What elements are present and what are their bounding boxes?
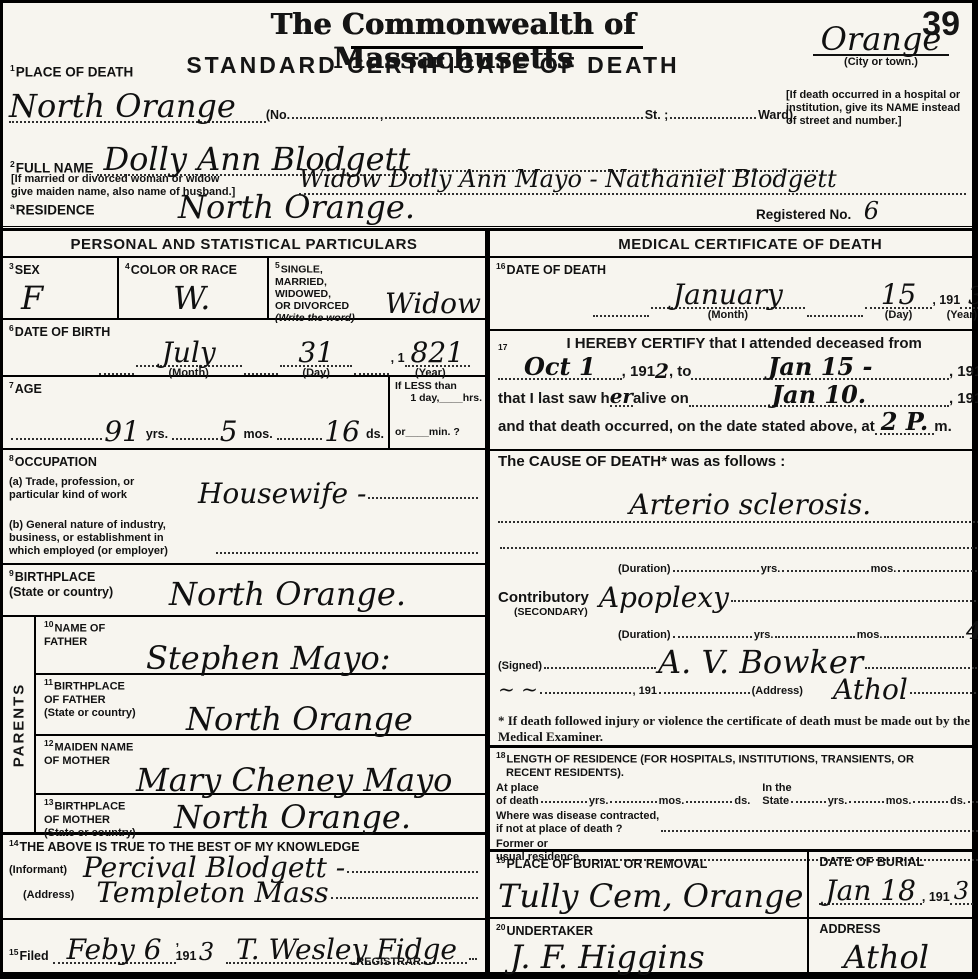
registrar-signature: T. Wesley Fidge	[226, 937, 467, 964]
ward-label: Ward)	[758, 108, 793, 123]
occupation-number: 8	[9, 453, 14, 463]
cause-yrs-cap: yrs.	[761, 563, 781, 576]
dob-label-text: DATE OF BIRTH	[15, 325, 111, 339]
full-name-number: 2	[10, 159, 15, 169]
certify-block: 17 I HEREBY CERTIFY that I attended dece…	[490, 331, 978, 451]
last-seen-value: Jan 10.	[689, 384, 949, 408]
mother-name-number: 12	[44, 738, 53, 748]
age-main: 7AGE 91 yrs. 5 mos. 16 ds.	[3, 377, 388, 448]
burial-row: 19PLACE OF BURIAL OR REMOVAL Tully Cem, …	[490, 852, 978, 919]
registrar-caption: REGISTRAR	[356, 956, 421, 968]
dotted-line	[244, 373, 279, 375]
dod-day-caption: (Day)	[865, 309, 933, 321]
informant-address-line: (Address) Templeton Mass	[9, 880, 480, 902]
signed-address-caption: (Address)	[752, 685, 803, 698]
dotted-line	[11, 438, 102, 440]
dotted-line	[99, 373, 134, 375]
sex-label-text: SEX	[15, 263, 40, 277]
filed-year-printed: , 191	[176, 934, 199, 964]
last-saw-mid: alive on	[633, 390, 689, 407]
birthplace-label-text: BIRTHPLACE	[15, 570, 96, 584]
in-state-label2: State	[762, 795, 789, 807]
certificate-subtitle: STANDARD CERTIFICATE OF DEATH	[153, 52, 713, 79]
marital-cell: 5SINGLE, MARRIED, WIDOWED, OR DIVORCED (…	[269, 258, 485, 318]
certify-number: 17	[498, 342, 507, 352]
personal-column: PERSONAL AND STATISTICAL PARTICULARS 3SE…	[3, 231, 487, 972]
dotted-line	[216, 552, 478, 554]
informant-address-value: Templeton Mass	[96, 880, 328, 905]
date-of-birth-row: 6DATE OF BIRTH July (Month) 31 (Day) , 1…	[3, 320, 485, 377]
city-handwritten-value: Orange	[813, 25, 950, 56]
undertaker-label: 20UNDERTAKER	[496, 922, 803, 939]
dotted-line	[292, 117, 378, 119]
dotted-line	[659, 692, 750, 694]
dotted-line	[540, 692, 631, 694]
mother-name-value: Mary Cheney Mayo	[136, 766, 452, 795]
in-state-group: In the State yrs. mos. ds.	[762, 782, 978, 807]
age-fields: 91 yrs. 5 mos. 16 ds.	[9, 419, 386, 444]
date-of-burial-cell: DATE OF BURIAL Jan 18 , 191 3	[807, 852, 978, 917]
dob-month-field: July (Month)	[136, 340, 242, 379]
dotted-line	[807, 315, 863, 317]
mother-bp-label-line1: 13BIRTHPLACE	[44, 797, 136, 814]
dotted-line	[500, 547, 978, 549]
sex-label: 3SEX	[9, 261, 113, 278]
undertaker-address-label: ADDRESS	[819, 922, 978, 937]
dash-marks: ~ ~	[498, 680, 538, 698]
parents-side-label: PARENTS	[3, 617, 36, 832]
registered-no-value: 6	[864, 197, 879, 225]
street-label: St. ;	[645, 108, 669, 123]
dod-month-field: January (Month)	[651, 282, 805, 321]
city-or-town-field: Orange (City or town.)	[796, 25, 966, 69]
burial-year-hw: 3	[950, 881, 973, 905]
mother-birthplace-value: North Orange.	[174, 803, 481, 832]
race-value: W.	[173, 284, 263, 313]
mother-bp-label-l2: OF MOTHER	[44, 814, 136, 827]
death-occurred-text: and that death occurred, on the date sta…	[498, 418, 875, 435]
dod-year-caption: (Year)	[932, 309, 978, 321]
dotted-line	[331, 897, 478, 899]
certify-line4: and that death occurred, on the date sta…	[498, 411, 978, 435]
sex-race-marital-row: 3SEX F 4COLOR OR RACE W. 5SINGLE, MARRIE…	[3, 258, 485, 320]
signed-line: (Signed) A. V. Bowker M.D.	[498, 648, 978, 673]
seen-year-printed: , 191	[949, 390, 978, 407]
dotted-line	[172, 438, 218, 440]
dod-year-hw: 3	[960, 286, 978, 310]
dod-day-field: 15 (Day)	[865, 282, 933, 321]
father-name-label-l1: NAME OF	[54, 623, 105, 635]
contrib-mos-cap: mos.	[857, 629, 883, 642]
place-of-death-number: 1	[10, 63, 15, 73]
length-title-l1: LENGTH OF RESIDENCE (FOR HOSPITALS, INST…	[506, 753, 913, 765]
undertaker-address-value: Athol	[843, 943, 978, 972]
dotted-line	[910, 692, 978, 694]
mother-name-label-l1: MAIDEN NAME	[54, 742, 133, 754]
certificate-body: PERSONAL AND STATISTICAL PARTICULARS 3SE…	[3, 228, 972, 972]
undertaker-value: J. F. Higgins	[510, 943, 803, 972]
certify-line3: that I last saw h er alive on Jan 10. , …	[498, 384, 978, 408]
medical-section-title: MEDICAL CERTIFICATE OF DEATH	[490, 231, 978, 258]
certify-line1: 17 I HEREBY CERTIFY that I attended dece…	[498, 335, 978, 352]
length-title: 18LENGTH OF RESIDENCE (FOR HOSPITALS, IN…	[496, 750, 978, 780]
father-bp-number: 11	[44, 677, 53, 687]
dotted-line	[610, 801, 656, 803]
length-title-l2: RECENT RESIDENTS).	[506, 767, 978, 780]
marital-value: Widow	[385, 291, 481, 316]
dod-year-field: , 1913 (Year)	[932, 286, 978, 322]
at-place-label2: of death	[496, 795, 539, 807]
age-row: 7AGE 91 yrs. 5 mos. 16 ds. If LESS than	[3, 377, 485, 450]
certify-line2: Oct 1 , 191 2 , to Jan 15 - , 191 3 ,	[498, 356, 978, 380]
length-number: 18	[496, 750, 505, 760]
dob-fields: July (Month) 31 (Day) , 1821 (Year)	[97, 340, 470, 379]
dob-month-value: July	[136, 340, 242, 367]
cause-label-bold: CAUSE OF DEATH*	[529, 453, 667, 470]
certificate-header: The Commonwealth of Massachusetts 39 STA…	[3, 3, 972, 227]
burial-date-label: DATE OF BURIAL	[819, 855, 978, 870]
contributory-label: Contributory	[498, 589, 589, 606]
age-months-cap: mos.	[244, 427, 273, 442]
occupation-a-label-line1: (a) Trade, profession, or	[9, 476, 184, 489]
dotted-line	[884, 636, 963, 638]
contracted-l1: Where was disease contracted,	[496, 810, 659, 822]
dob-label: 6DATE OF BIRTH	[9, 323, 480, 340]
residence-label: aRESIDENCE	[10, 201, 95, 218]
age-label-text: AGE	[15, 382, 42, 396]
parents-label-text: PARENTS	[10, 682, 27, 767]
sex-number: 3	[9, 261, 14, 271]
undertaker-row: 20UNDERTAKER J. F. Higgins ADDRESS Athol	[490, 919, 978, 972]
marital-number: 5	[275, 260, 280, 270]
contracted-l2: if not at place of death ?	[496, 823, 623, 835]
medical-column: MEDICAL CERTIFICATE OF DEATH 16DATE OF D…	[487, 231, 978, 972]
race-label: 4COLOR OR RACE	[125, 261, 263, 278]
dod-fields: January (Month) 15 (Day) , 1913 (Year)	[591, 282, 978, 321]
dotted-line	[913, 801, 948, 803]
occupation-b-line: (b) General nature of industry, business…	[9, 519, 480, 559]
dotted-line	[368, 497, 478, 499]
dod-year-line: , 1913	[932, 291, 978, 308]
marital-line4: OR DIVORCED	[275, 300, 383, 312]
father-birthplace-row: 11BIRTHPLACE OF FATHER (State or country…	[36, 675, 485, 736]
mother-birthplace-row: 13BIRTHPLACE OF MOTHER (State or country…	[36, 795, 485, 840]
age-less-line3: or____min. ?	[395, 426, 482, 438]
ap-ds: ds.	[734, 795, 750, 807]
age-label: 7AGE	[9, 380, 386, 397]
place-of-death-value: North Orange	[9, 92, 266, 123]
residence-sup: a	[10, 201, 15, 211]
age-less-line2: 1 day,____hrs.	[395, 392, 482, 404]
dotted-line	[385, 117, 642, 119]
age-days-cap: ds.	[366, 427, 384, 442]
to-label: , to	[669, 363, 692, 380]
occupation-b-label: (b) General nature of industry, business…	[9, 519, 214, 559]
burial-year-printed: , 191	[922, 890, 950, 905]
contributory-line: Contributory Apoplexy	[498, 585, 978, 606]
is-yrs: yrs.	[828, 795, 848, 807]
dod-label-text: DATE OF DEATH	[506, 263, 606, 277]
certify-line1-text: I HEREBY CERTIFY that I attended decease…	[566, 335, 921, 352]
birthplace-number: 9	[9, 568, 14, 578]
father-name-label-line1: 10NAME OF	[44, 619, 481, 636]
registered-no-label: Registered No.	[756, 207, 851, 222]
age-less-than-box: If LESS than 1 day,____hrs. or____min. ?	[388, 377, 485, 448]
occupation-label: 8OCCUPATION	[9, 453, 480, 470]
parents-block: PARENTS 10NAME OF FATHER Stephen Mayo: 1…	[3, 617, 485, 835]
occupation-a-value: Housewife -	[198, 481, 366, 506]
race-cell: 4COLOR OR RACE W.	[119, 258, 269, 318]
occupation-a-line: (a) Trade, profession, or particular kin…	[9, 476, 480, 502]
burial-date-line: Jan 18 , 191 3	[819, 878, 978, 905]
cause-duration-cap: (Duration)	[618, 563, 671, 576]
at-place-group: At place of death yrs. mos. ds.	[496, 782, 750, 807]
marital-label: 5SINGLE, MARRIED, WIDOWED, OR DIVORCED (…	[275, 261, 383, 318]
cause-of-death-block: The CAUSE OF DEATH* was as follows : Art…	[490, 451, 978, 585]
dotted-line	[865, 667, 977, 669]
dotted-line	[791, 801, 826, 803]
burial-value: Tully Cem, Orange	[498, 882, 803, 911]
contributory-block: Contributory Apoplexy (SECONDARY) (Durat…	[490, 585, 978, 648]
cause-blank-line	[498, 547, 978, 553]
dob-year-line: , 1821	[391, 349, 470, 366]
age-years-value: 91	[104, 419, 140, 444]
signed-caption: (Signed)	[498, 660, 542, 673]
length-fields-row: At place of death yrs. mos. ds. In the	[496, 782, 978, 807]
is-ds: ds.	[950, 795, 966, 807]
dod-year-printed: , 191	[932, 293, 960, 307]
dotted-line	[670, 117, 756, 119]
undertaker-number: 20	[496, 922, 505, 932]
contracted-label: Where was disease contracted,if not at p…	[496, 810, 659, 836]
filed-year-hw: 3	[199, 942, 214, 964]
dod-label: 16DATE OF DEATH	[496, 261, 978, 278]
father-bp-label-l1: BIRTHPLACE	[54, 681, 125, 693]
birthplace-value: North Orange.	[169, 580, 480, 609]
occupation-b-label-line3: which employed (or employer)	[9, 545, 214, 558]
from-year-printed: , 191	[622, 363, 655, 380]
father-name-row: 10NAME OF FATHER Stephen Mayo:	[36, 617, 485, 675]
signed-year-printed: , 191	[633, 685, 657, 698]
race-label-text: COLOR OR RACE	[131, 263, 237, 277]
dod-day-value: 15	[865, 282, 933, 309]
physician-address-value: Athol	[833, 677, 908, 702]
dotted-line	[775, 636, 854, 638]
undertaker-address-cell: ADDRESS Athol	[807, 919, 978, 972]
contributory-duration-line: (Duration) yrs. mos. 4 ds.	[618, 620, 978, 642]
informant-line: (Informant) Percival Blodgett -	[9, 855, 480, 877]
dob-year-value: 821	[405, 340, 470, 367]
is-mos: mos.	[886, 795, 912, 807]
dotted-line	[898, 570, 978, 572]
cause-value-line: Arterio sclerosis.	[498, 492, 978, 523]
father-name-number: 10	[44, 619, 53, 629]
length-title-line1: 18LENGTH OF RESIDENCE (FOR HOSPITALS, IN…	[496, 750, 978, 767]
at-place-label1: At place	[496, 782, 750, 795]
sex-value: F	[21, 284, 113, 313]
ap-yrs: yrs.	[589, 795, 609, 807]
attended-from-value: Oct 1	[498, 356, 622, 380]
filed-date-value: Feby 6	[53, 937, 176, 964]
title-rule	[351, 46, 643, 49]
informant-address-caption: (Address)	[23, 889, 74, 902]
dob-year-prefix: , 1	[391, 351, 405, 365]
burial-number: 19	[496, 855, 505, 865]
birthplace-label-line1: 9BIRTHPLACE	[9, 568, 113, 585]
age-days-value: 16	[324, 419, 360, 444]
dotted-line	[686, 801, 732, 803]
parents-rows: 10NAME OF FATHER Stephen Mayo: 11BIRTHPL…	[36, 617, 485, 832]
dob-day-field: 31 (Day)	[280, 340, 352, 379]
marital-line1: SINGLE,	[281, 264, 323, 276]
dod-month-value: January	[651, 282, 805, 309]
time-of-death-value: 2 P.	[875, 411, 934, 435]
mother-bp-number: 13	[44, 797, 53, 807]
sex-cell: 3SEX F	[3, 258, 119, 318]
residence-label-text: RESIDENCE	[16, 203, 95, 218]
cause-label-post: was as follows :	[667, 453, 785, 470]
her-handwritten: er	[610, 387, 633, 407]
registered-no: Registered No. 6	[756, 201, 879, 224]
birthplace-label-line2: (State or country)	[9, 585, 113, 600]
contrib-days-value: 4	[966, 620, 978, 642]
mother-name-label-line1: 12MAIDEN NAME	[44, 738, 481, 755]
dotted-line	[541, 801, 587, 803]
informant-block: 14THE ABOVE IS TRUE TO THE BEST OF MY KN…	[3, 835, 485, 920]
ap-mos: mos.	[659, 795, 685, 807]
signed-block: (Signed) A. V. Bowker M.D. ~ ~ , 191 (Ad…	[490, 648, 978, 710]
marital-line2: MARRIED,	[275, 276, 383, 288]
last-saw-pre: that I last saw h	[498, 390, 610, 407]
marital-label-line1: 5SINGLE,	[275, 261, 383, 276]
occupation-row: 8OCCUPATION (a) Trade, profession, or pa…	[3, 450, 485, 565]
mother-bp-label-l1: BIRTHPLACE	[54, 801, 125, 813]
dotted-line	[968, 801, 978, 803]
dotted-line	[782, 570, 868, 572]
dob-year-field: , 1821 (Year)	[391, 340, 470, 379]
in-state-line: State yrs. mos. ds.	[762, 795, 978, 807]
birthplace-label: 9BIRTHPLACE (State or country)	[9, 568, 113, 600]
place-of-burial-cell: 19PLACE OF BURIAL OR REMOVAL Tully Cem, …	[490, 852, 807, 917]
occupation-b-label-line2: business, or establishment in	[9, 532, 214, 545]
hospital-note: [If death occurred in a hospital or inst…	[786, 89, 968, 129]
filed-number: 15	[9, 947, 18, 957]
occupation-b-label-line1: (b) General nature of industry,	[9, 519, 214, 532]
former-l1: Former or	[496, 838, 548, 850]
cause-label-pre: The	[498, 453, 529, 470]
dotted-line	[673, 636, 752, 638]
personal-section-title: PERSONAL AND STATISTICAL PARTICULARS	[3, 231, 485, 258]
filed-row: 15Filed Feby 6 , 191 3 T. Wesley Fidge R…	[3, 920, 485, 972]
length-of-residence-block: 18LENGTH OF RESIDENCE (FOR HOSPITALS, IN…	[490, 748, 978, 852]
certify-bold: I HEREBY CERTIFY	[566, 335, 705, 352]
comma-label: ,	[380, 108, 383, 123]
cause-mos-cap: mos.	[871, 563, 897, 576]
filed-label-text: Filed	[19, 949, 48, 963]
dob-day-value: 31	[280, 340, 352, 367]
cause-duration-line: (Duration) yrs. mos. ds.	[618, 563, 978, 576]
contributory-value: Apoplexy	[599, 585, 729, 610]
burial-label-text: PLACE OF BURIAL OR REMOVAL	[506, 857, 707, 871]
to-year-printed: , 191	[949, 363, 978, 380]
dod-number: 16	[496, 261, 505, 271]
marital-line3: WIDOWED,	[275, 288, 383, 300]
occupation-a-label-line2: particular kind of work	[9, 489, 184, 502]
certificate-border: The Commonwealth of Massachusetts 39 STA…	[0, 0, 978, 979]
dotted-line	[469, 958, 477, 960]
father-bp-label-line1: 11BIRTHPLACE	[44, 677, 481, 694]
father-birthplace-value: North Orange	[186, 705, 413, 734]
age-less-line1: If LESS than	[395, 380, 482, 392]
from-year-hw: 2	[655, 362, 669, 380]
age-years-cap: yrs.	[146, 427, 168, 442]
dotted-line	[347, 871, 478, 873]
birthplace-row: 9BIRTHPLACE (State or country) North Ora…	[3, 565, 485, 617]
undertaker-cell: 20UNDERTAKER J. F. Higgins	[490, 919, 807, 972]
father-name-value: Stephen Mayo:	[146, 644, 391, 673]
age-number: 7	[9, 380, 14, 390]
attended-to-value: Jan 15 -	[691, 356, 948, 380]
dotted-line	[277, 438, 323, 440]
informant-number: 14	[9, 838, 18, 848]
race-number: 4	[125, 261, 130, 271]
mother-birthplace-label: 13BIRTHPLACE OF MOTHER (State or country…	[44, 797, 136, 840]
dotted-line	[593, 315, 649, 317]
undertaker-label-text: UNDERTAKER	[506, 924, 593, 938]
mother-name-row: 12MAIDEN NAME OF MOTHER Mary Cheney Mayo	[36, 736, 485, 795]
residence-value: North Orange.	[178, 193, 415, 222]
in-state-label1: In the	[762, 782, 978, 795]
dotted-line	[544, 667, 656, 669]
m-label: m.	[934, 418, 952, 435]
contrib-duration-cap: (Duration)	[618, 629, 671, 642]
cause-label: The CAUSE OF DEATH* was as follows :	[498, 453, 978, 470]
medical-examiner-note: * If death followed injury or violence t…	[490, 711, 978, 748]
certify-rest: that I attended deceased from	[705, 335, 922, 352]
death-certificate-scan: The Commonwealth of Massachusetts 39 STA…	[0, 0, 978, 979]
contrib-yrs-cap: yrs.	[754, 629, 774, 642]
dotted-line	[731, 600, 978, 602]
cause-value: Arterio sclerosis.	[498, 492, 978, 523]
occupation-a-label: (a) Trade, profession, or particular kin…	[9, 476, 184, 502]
dotted-line	[673, 570, 759, 572]
maiden-name-note-line1: [If married or divorced woman or widow	[11, 173, 301, 186]
burial-label: 19PLACE OF BURIAL OR REMOVAL	[496, 855, 803, 872]
informant-caption: (Informant)	[9, 864, 67, 877]
street-no-label: (No.	[266, 108, 290, 123]
place-of-death-line: North Orange (No. , St. ; Ward)	[9, 77, 793, 123]
at-place-line: of death yrs. mos. ds.	[496, 795, 750, 807]
occupation-label-text: OCCUPATION	[15, 455, 97, 469]
disease-contracted-line: Where was disease contracted,if not at p…	[496, 810, 978, 836]
filed-label: 15Filed	[9, 947, 49, 964]
dotted-line	[354, 373, 389, 375]
burial-date-value: Jan 18	[819, 878, 921, 905]
dob-number: 6	[9, 323, 14, 333]
dotted-line	[849, 801, 884, 803]
secondary-caption: (SECONDARY)	[514, 606, 978, 618]
date-of-death-row: 16DATE OF DEATH January (Month) 15 (Day)…	[490, 258, 978, 331]
age-months-value: 5	[220, 419, 238, 444]
dotted-line	[661, 830, 978, 832]
